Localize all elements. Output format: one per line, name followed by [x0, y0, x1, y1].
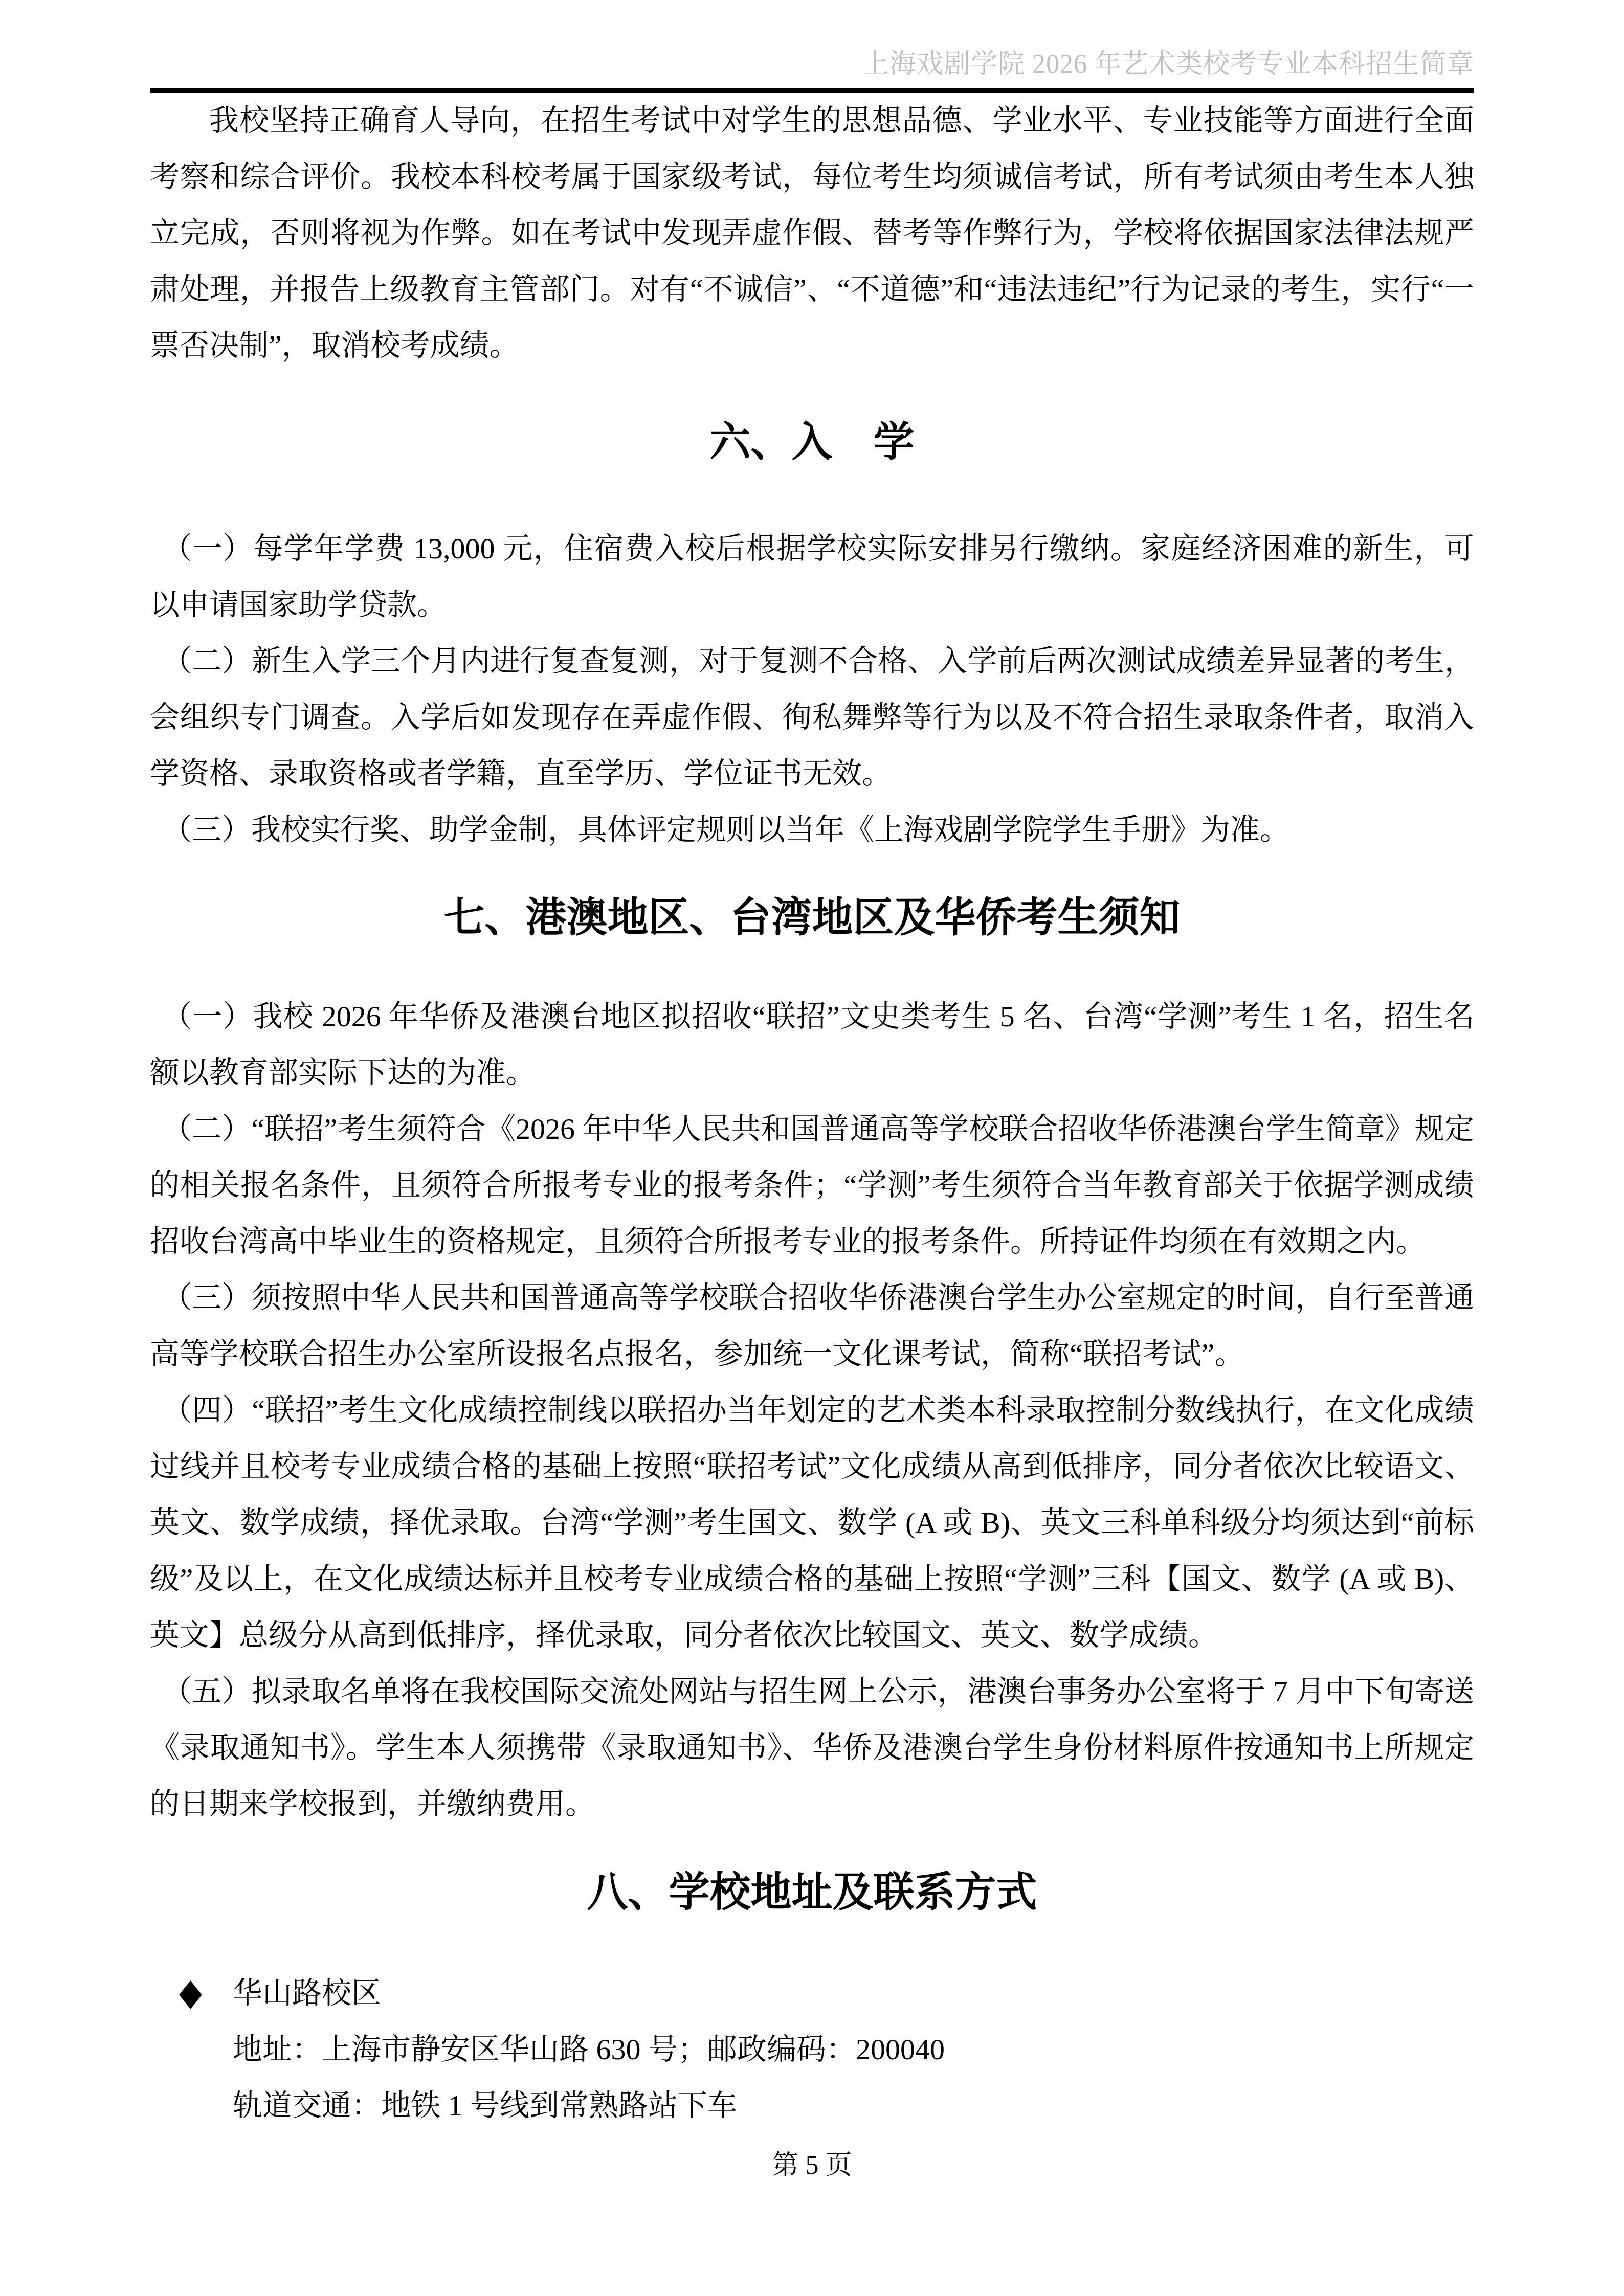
header-rule	[150, 88, 1474, 93]
section-6-item-2: （二）新生入学三个月内进行复查复测，对于复测不合格、入学前后两次测试成绩差异显著…	[150, 633, 1474, 802]
section-8-heading: 八、学校地址及联系方式	[150, 1859, 1474, 1926]
diamond-bullet-icon: ◆	[179, 1957, 202, 2028]
section-6-item-3: （三）我校实行奖、助学金制，具体评定规则以当年《上海戏剧学院学生手册》为准。	[150, 802, 1474, 858]
section-7-heading: 七、港澳地区、台湾地区及华侨考生须知	[150, 885, 1474, 951]
section-6-heading: 六、入 学	[150, 409, 1474, 476]
section-6-item-1: （一）每学年学费 13,000 元，住宿费入校后根据学校实际安排另行缴纳。家庭经…	[150, 521, 1474, 633]
campus-address: 地址：上海市静安区华山路 630 号；邮政编码：200040	[150, 2021, 1474, 2078]
section-7-item-2: （二）“联招”考生须符合《2026 年中华人民共和国普通高等学校联合招收华侨港澳…	[150, 1101, 1474, 1270]
section-7-item-3: （三）须按照中华人民共和国普通高等学校联合招收华侨港澳台学生办公室规定的时间，自…	[150, 1270, 1474, 1382]
campus-transit: 轨道交通：地铁 1 号线到常熟路站下车	[150, 2078, 1474, 2134]
campus-name: 华山路校区	[233, 1976, 381, 2010]
page-header: 上海戏剧学院 2026 年艺术类校考专业本科招生简章	[150, 49, 1474, 93]
section-7-item-4: （四）“联招”考生文化成绩控制线以联招办当年划定的艺术类本科录取控制分数线执行，…	[150, 1382, 1474, 1663]
campus-block: ◆ 华山路校区 地址：上海市静安区华山路 630 号；邮政编码：200040 轨…	[150, 1965, 1474, 2134]
page-number: 第 5 页	[150, 2137, 1474, 2194]
section-7-item-5: （五）拟录取名单将在我校国际交流处网站与招生网上公示，港澳台事务办公室将于 7 …	[150, 1663, 1474, 1832]
section-7-item-1: （一）我校 2026 年华侨及港澳台地区拟招收“联招”文史类考生 5 名、台湾“…	[150, 988, 1474, 1101]
header-title: 上海戏剧学院 2026 年艺术类校考专业本科招生简章	[150, 49, 1474, 80]
document-page: 上海戏剧学院 2026 年艺术类校考专业本科招生简章 我校坚持正确育人导向，在招…	[0, 0, 1624, 2296]
campus-name-line: ◆ 华山路校区	[150, 1965, 1474, 2021]
intro-paragraph: 我校坚持正确育人导向，在招生考试中对学生的思想品德、学业水平、专业技能等方面进行…	[150, 93, 1474, 374]
